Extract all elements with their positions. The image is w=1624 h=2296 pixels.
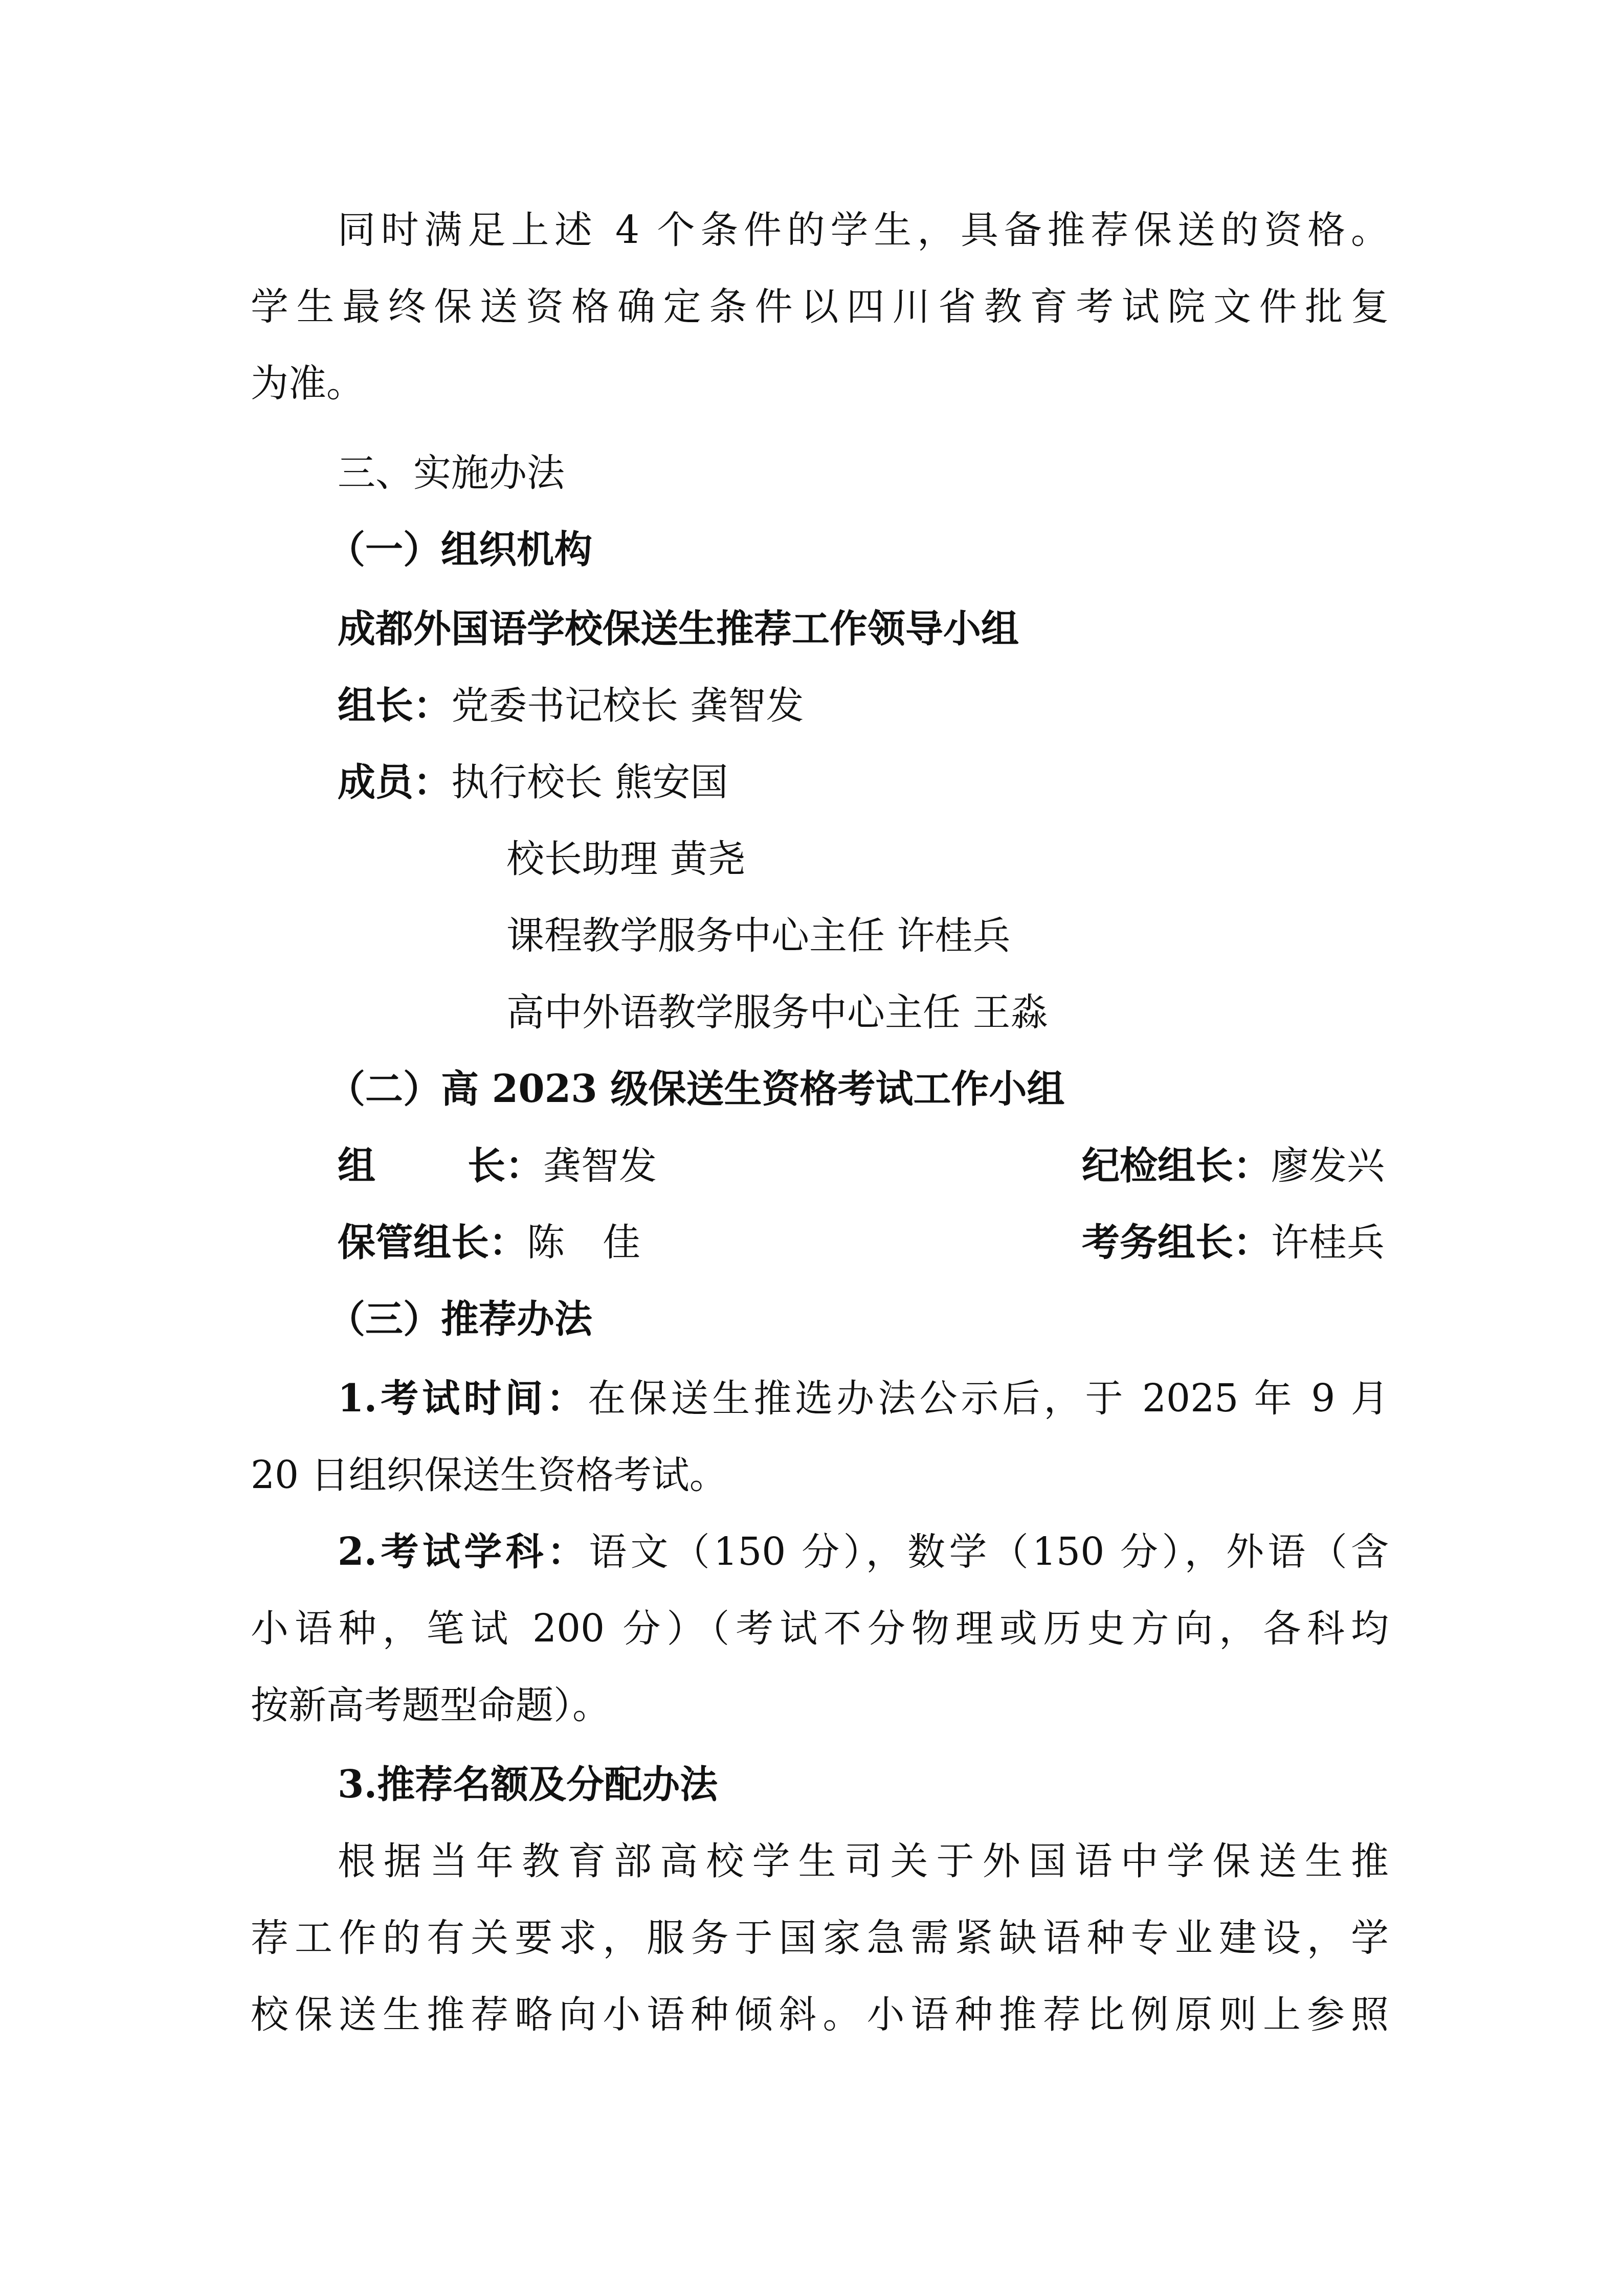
paragraph-line: 根据当年教育部高校学生司关于外国语中学保送生推: [338, 1836, 1389, 1887]
leader-value: 党委书记校长 龚智发: [451, 684, 804, 728]
role-label: 组: [338, 1144, 375, 1188]
role-label: 长：: [468, 1144, 543, 1188]
paragraph-line: 校保送生推荐略向小语种倾斜。小语种推荐比例原则上参照: [251, 1989, 1389, 2040]
leader-label: 组长：: [338, 684, 451, 728]
item-line: 小语种，笔试 200 分）（考试不分物理或历史方向，各科均: [251, 1603, 1389, 1654]
item-label: 2.考试学科：: [338, 1530, 589, 1574]
role-label: 考务组长：: [1082, 1221, 1271, 1265]
members-line: 成员：执行校长 熊安国: [338, 757, 728, 808]
member-item: 校长助理 黄尧: [506, 834, 746, 885]
item-line: 20 日组织保送生资格考试。: [251, 1450, 727, 1501]
subsection-heading: （三）推荐办法: [327, 1294, 592, 1345]
subsection-heading: （一）组织机构: [327, 524, 592, 575]
right-column: 纪检组长：廖发兴: [1082, 1140, 1385, 1191]
section-heading: 三、实施办法: [338, 447, 565, 499]
group-name: 成都外国语学校保送生推荐工作领导小组: [338, 603, 1019, 655]
item-line: 按新高考题型命题）。: [251, 1680, 610, 1731]
member-item: 课程教学服务中心主任 许桂兵: [506, 910, 1011, 961]
subsection-heading: （二）高 2023 级保送生资格考试工作小组: [327, 1064, 1064, 1115]
role-value: 陈: [527, 1221, 565, 1265]
paragraph-line: 同时满足上述 4 个条件的学生，具备推荐保送的资格。: [338, 205, 1389, 256]
right-column: 考务组长：许桂兵: [1082, 1217, 1385, 1268]
paragraph-line: 学生最终保送资格确定条件以四川省教育考试院文件批复: [251, 281, 1389, 332]
leader-line: 组长：党委书记校长 龚智发: [338, 680, 804, 731]
role-value: 廖发兴: [1271, 1144, 1385, 1188]
item-heading: 3.推荐名额及分配办法: [338, 1759, 718, 1810]
exam-group-row: 组长：龚智发 纪检组长：廖发兴: [338, 1140, 1389, 1191]
member-item: 高中外语教学服务中心主任 王淼: [506, 987, 1049, 1038]
member-item: 执行校长 熊安国: [451, 760, 728, 804]
exam-group-row: 保管组长：陈佳 考务组长：许桂兵: [338, 1217, 1389, 1268]
item-line: 1.考试时间：在保送生推选办法公示后，于 2025 年 9 月: [338, 1373, 1389, 1424]
role-value: 许桂兵: [1271, 1221, 1385, 1265]
item-text: 语文（150 分），数学（150 分），外语（含: [589, 1530, 1389, 1574]
role-value: 佳: [603, 1221, 640, 1265]
paragraph-line: 荐工作的有关要求，服务于国家急需紧缺语种专业建设，学: [251, 1912, 1389, 1964]
item-line: 2.考试学科：语文（150 分），数学（150 分），外语（含: [338, 1526, 1389, 1578]
item-text: 在保送生推选办法公示后，于 2025 年 9 月: [588, 1377, 1389, 1421]
paragraph-line: 为准。: [251, 358, 364, 409]
role-value: 龚智发: [543, 1144, 657, 1188]
role-label: 保管组长：: [338, 1221, 527, 1265]
item-label: 1.考试时间：: [338, 1377, 588, 1421]
role-label: 纪检组长：: [1082, 1144, 1271, 1188]
members-label: 成员：: [338, 760, 451, 804]
